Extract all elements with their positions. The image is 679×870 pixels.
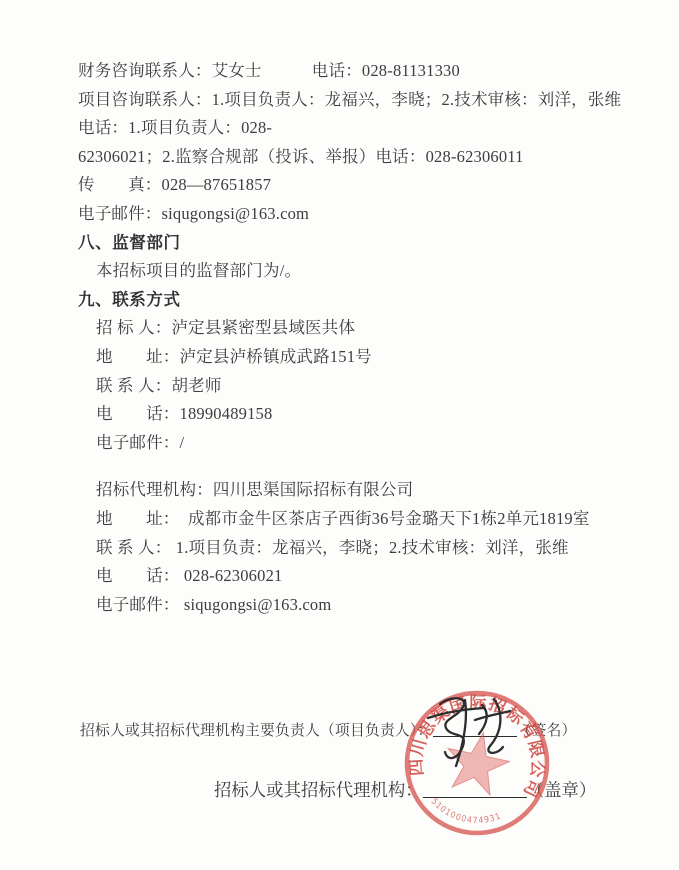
field-value: 028-62306021: [180, 566, 283, 585]
field-label: 电子邮件：: [96, 595, 180, 614]
tenderer-contact-row: 联 系 人：胡老师: [78, 372, 644, 401]
agency-contact-row: 联 系 人： 1.项目负责：龙福兴，李晓；2.技术审核：刘洋，张维: [78, 534, 644, 563]
agency-name-row: 招标代理机构：四川思渠国际招标有限公司: [78, 476, 644, 505]
stamp-blank-underline: [423, 783, 527, 798]
field-label: 电 话：: [96, 566, 180, 585]
document-body: 财务咨询联系人：艾女士 电话：028-81131330 项目咨询联系人：1.项目…: [78, 57, 644, 619]
document-page: 财务咨询联系人：艾女士 电话：028-81131330 项目咨询联系人：1.项目…: [0, 0, 679, 870]
tenderer-phone-row: 电 话：18990489158: [78, 400, 644, 429]
field-value: 四川思渠国际招标有限公司: [213, 480, 413, 499]
field-label: 地 址：: [96, 509, 171, 528]
field-value: 1.项目负责：龙福兴，李晓；2.技术审核：刘洋，张维: [171, 538, 568, 557]
field-value: 成都市金牛区茶店子西街36号金璐天下1栋2单元1819室: [171, 509, 589, 528]
consultation-phone-line-2: 62306021；2.监察合规部（投诉、举报）电话：028-62306011: [78, 143, 644, 172]
field-label: 联 系 人：: [96, 376, 171, 395]
section-heading-contact: 九、联系方式: [78, 286, 644, 315]
agency-phone-row: 电 话： 028-62306021: [78, 562, 644, 591]
tenderer-address-row: 地 址：泸定县泸桥镇成武路151号: [78, 343, 644, 372]
sign-line-suffix: （签名）: [517, 723, 577, 739]
seal-ring: [400, 686, 554, 840]
agency-email-row: 电子邮件： siqugongsi@163.com: [78, 591, 644, 620]
agency-address-row: 地 址： 成都市金牛区茶店子西街36号金璐天下1栋2单元1819室: [78, 505, 644, 534]
field-label: 地 址：: [96, 347, 180, 366]
seal-code-number: 5101000474931: [426, 796, 505, 833]
field-label: 招标代理机构：: [96, 480, 213, 499]
stamp-line-prefix: 招标人或其招标代理机构：: [214, 780, 423, 800]
consultation-finance-line: 财务咨询联系人：艾女士 电话：028-81131330: [78, 57, 644, 86]
consultation-project-line: 项目咨询联系人：1.项目负责人：龙福兴，李晓；2.技术审核：刘洋，张维: [78, 86, 644, 115]
signature-blank-underline: [433, 722, 517, 737]
field-label: 联 系 人：: [96, 538, 171, 557]
fax-line: 传 真：028—87651857: [78, 171, 644, 200]
supervision-body: 本招标项目的监督部门为/。: [78, 257, 644, 286]
field-value: 泸定县紧密型县域医共体: [171, 318, 355, 337]
field-value: siqugongsi@163.com: [180, 595, 332, 614]
stamp-line-suffix: （盖章）: [527, 780, 597, 800]
org-stamp-line: 招标人或其招标代理机构：（盖章）: [214, 776, 596, 801]
consultation-phone-line: 电话：1.项目负责人：028-: [78, 114, 644, 143]
field-label: 电子邮件：: [96, 433, 180, 452]
responsible-person-sign-line: 招标人或其招标代理机构主要负责人（项目负责人）：（签名）: [80, 719, 577, 740]
field-value: 18990489158: [180, 404, 273, 423]
section-heading-supervision: 八、监督部门: [78, 229, 644, 258]
field-value: 胡老师: [171, 376, 221, 395]
tenderer-name-row: 招 标 人：泸定县紧密型县域医共体: [78, 314, 644, 343]
field-value: /: [180, 433, 185, 452]
tenderer-email-row: 电子邮件：/: [78, 429, 644, 458]
email-line: 电子邮件：siqugongsi@163.com: [78, 200, 644, 229]
company-seal-stamp: 四川思渠国际招标有限公司 5101000474931: [400, 686, 554, 840]
field-value: 泸定县泸桥镇成武路151号: [180, 347, 372, 366]
sign-line-prefix: 招标人或其招标代理机构主要负责人（项目负责人）：: [80, 723, 433, 739]
field-label: 电 话：: [96, 404, 180, 423]
field-label: 招 标 人：: [96, 318, 171, 337]
